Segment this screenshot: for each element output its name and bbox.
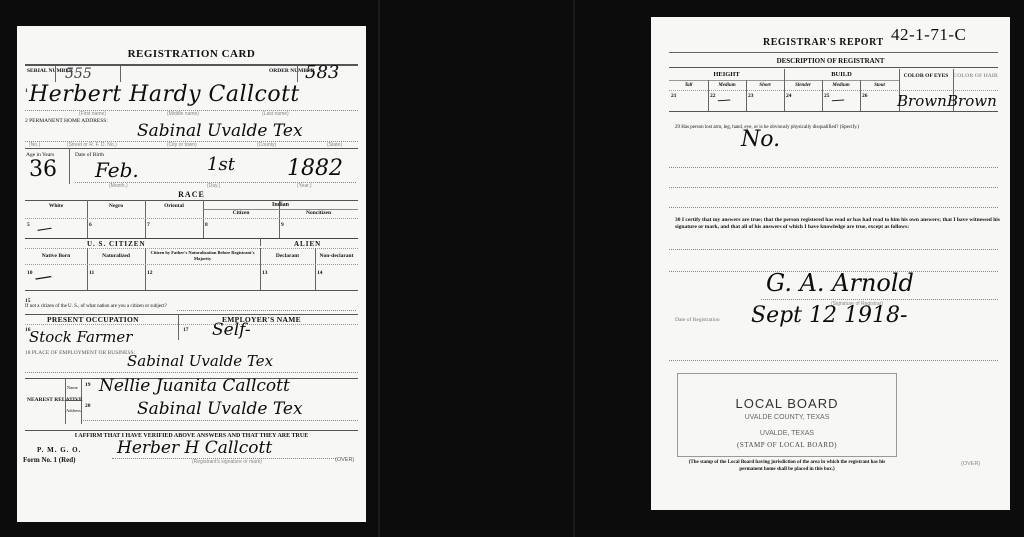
race-col-citizen: Citizen	[203, 210, 279, 216]
home-address-label: 2 PERMANENT HOME ADDRESS:	[25, 118, 108, 124]
employer-value: Self-	[212, 320, 251, 340]
stamp-caption: (STAMP OF LOCAL BOARD)	[678, 441, 896, 449]
date-value: Sept 12 1918-	[751, 303, 907, 328]
registrant-signature: Herber H Callcott	[117, 438, 272, 458]
q15-text: If not a citizen of the U. S., of what n…	[25, 304, 167, 309]
race-col-white: White	[25, 203, 87, 209]
check-mark-icon: ⁄	[830, 95, 844, 106]
race-col-negro: Negro	[87, 203, 145, 209]
build-col-slender: Slender	[784, 83, 822, 88]
check-mark-icon: ⁄	[33, 271, 51, 287]
race-indian-label: Indian	[203, 202, 358, 208]
description-heading: DESCRIPTION OF REGISTRANT	[651, 57, 1010, 65]
report-title: REGISTRAR'S REPORT	[763, 37, 884, 48]
registration-card: REGISTRATION CARD SERIAL NUMBER 555 ORDE…	[17, 26, 366, 522]
card-title: REGISTRATION CARD	[17, 48, 366, 60]
check-mark-icon: ⁄	[716, 95, 730, 106]
citizen-col-3: Declarant	[260, 253, 315, 259]
dob-month: Feb.	[95, 158, 139, 182]
height-heading: HEIGHT	[669, 71, 784, 78]
eyes-heading: COLOR OF EYES	[901, 73, 951, 79]
build-col-medium: Medium	[822, 83, 860, 88]
race-col-noncitizen: Noncitizen	[279, 210, 358, 216]
race-heading: RACE	[17, 190, 366, 199]
us-citizen-heading: U. S. CITIZEN	[87, 240, 146, 248]
order-number: 583	[305, 62, 339, 83]
dob-day: 1st	[207, 154, 235, 175]
q30-text: 30 I certify that my answers are true; t…	[675, 217, 1003, 231]
stamp-line-3: UVALDE, TEXAS	[678, 430, 896, 437]
q29-answer: No.	[741, 127, 780, 152]
file-number: 42-1-71-C	[891, 25, 966, 45]
height-col-medium: Medium	[708, 83, 746, 88]
relative-address: Sabinal Uvalde Tex	[137, 399, 303, 419]
form-id-1: P. M. G. O.	[37, 446, 81, 454]
form-id-2: Form No. 1 (Red)	[23, 456, 76, 464]
registrar-signature: G. A. Arnold	[766, 269, 914, 297]
citizen-col-4: Non-declarant	[315, 253, 358, 259]
alien-heading: ALIEN	[294, 240, 321, 248]
eye-color-value: Brown	[897, 92, 947, 110]
check-mark-icon: ⁄	[36, 222, 52, 236]
order-label: ORDER NUMBER	[269, 68, 295, 74]
registrant-name: Herbert Hardy Callcott	[29, 82, 300, 107]
dob-year: 1882	[287, 156, 343, 181]
age-value: 36	[29, 157, 57, 182]
registrars-report-card: REGISTRAR'S REPORT 42-1-71-C DESCRIPTION…	[651, 17, 1010, 510]
background-stripe	[378, 0, 380, 537]
hair-heading: COLOR OF HAIR	[953, 73, 998, 79]
occupation-value: Stock Farmer	[29, 328, 132, 346]
q29-text: 29 Has person lost arm, leg, hand, eye, …	[675, 124, 1010, 131]
background-stripe	[573, 0, 575, 537]
citizen-col-0: Native Born	[25, 253, 87, 259]
height-col-short: Short	[746, 83, 784, 88]
citizen-col-1: Naturalized	[87, 253, 145, 259]
stamp-note: (The stamp of the Local Board having jur…	[677, 460, 897, 473]
build-col-stout: Stout	[860, 83, 899, 88]
build-heading: BUILD	[784, 71, 899, 78]
over-label: (OVER)	[961, 461, 980, 467]
stamp-line-2: UVALDE COUNTY, TEXAS	[678, 414, 896, 421]
over-label: (OVER)	[335, 457, 354, 463]
stamp-line-1: LOCAL BOARD	[678, 396, 896, 411]
home-address: Sabinal Uvalde Tex	[137, 121, 303, 141]
height-col-tall: Tall	[669, 83, 708, 88]
local-board-stamp-box: LOCAL BOARD UVALDE COUNTY, TEXAS UVALDE,…	[677, 373, 897, 457]
nearest-relative-label: NEAREST RELATIVE	[27, 397, 63, 404]
occupation-label: PRESENT OCCUPATION	[47, 315, 139, 324]
citizen-col-2: Citizen by Father's Naturalization Befor…	[145, 250, 260, 262]
place-value: Sabinal Uvalde Tex	[127, 352, 273, 370]
serial-label: SERIAL NUMBER	[27, 68, 53, 74]
date-label: Date of Registration	[675, 317, 720, 323]
relative-name: Nellie Juanita Callcott	[99, 376, 290, 396]
race-col-oriental: Oriental	[145, 203, 203, 209]
serial-number: 555	[65, 66, 92, 82]
hair-color-value: Brown	[947, 92, 997, 110]
place-label: 18 PLACE OF EMPLOYMENT OR BUSINESS:	[25, 350, 135, 356]
